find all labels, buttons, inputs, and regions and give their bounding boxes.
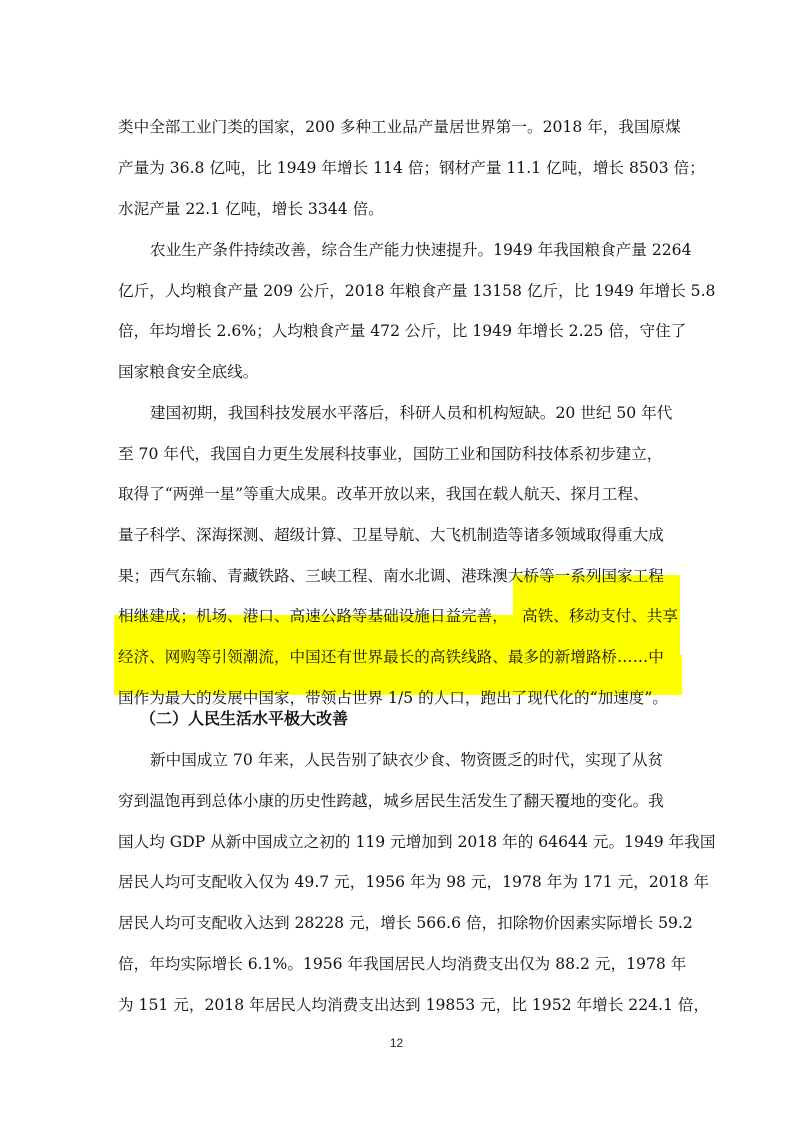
paragraph-start: 农业生产条件持续改善，综合生产能力快速提升。1949 年我国粮食产量 2264 [118,235,678,265]
text-line: 果；西气东输、青藏铁路、三峡工程、南水北调、港珠澳大桥等一系列国家工程 [118,561,678,591]
text-line: 亿斤，人均粮食产量 209 公斤，2018 年粮食产量 13158 亿斤，比 1… [118,276,678,306]
text-line: 国人均 GDP 从新中国成立之初的 119 元增加到 2018 年的 64644… [118,827,678,857]
text-line: 居民人均可支配收入达到 28228 元，增长 566.6 倍，扣除物价因素实际增… [118,908,678,938]
text-line: 产量为 36.8 亿吨，比 1949 年增长 114 倍；钢材产量 11.1 亿… [118,153,678,183]
text-line: 穷到温饱再到总体小康的历史性跨越，城乡居民生活发生了翻天覆地的变化。我 [118,786,678,816]
text-line: 国家粮食安全底线。 [118,357,678,387]
highlighted-text: 高铁、移动支付、共享 [522,601,678,631]
page-number: 12 [0,1036,793,1050]
text-line: 倍，年均增长 2.6%；人均粮食产量 472 公斤，比 1949 年增长 2.2… [118,316,678,346]
text-line: 类中全部工业门类的国家，200 多种工业品产量居世界第一。2018 年，我国原煤 [118,112,678,142]
highlighted-line: 经济、网购等引领潮流，中国还有世界最长的高铁线路、最多的新增路桥……中 [118,642,678,672]
text-line: 量子科学、深海探测、超级计算、卫星导航、大飞机制造等诸多领域取得重大成 [118,520,678,550]
text-line: 为 151 元，2018 年居民人均消费支出达到 19853 元，比 1952 … [118,990,678,1020]
paragraph-start: 建国初期，我国科技发展水平落后，科研人员和机构短缺。20 世纪 50 年代 [118,398,678,428]
text-line: 水泥产量 22.1 亿吨，增长 3344 倍。 [118,194,678,224]
paragraph-start: 新中国成立 70 年来，人民告别了缺衣少食、物资匮乏的时代，实现了从贫 [118,745,678,775]
text-line: 至 70 年代，我国自力更生发展科技事业，国防工业和国防科技体系初步建立， [118,439,678,469]
text-line: 倍，年均实际增长 6.1%。1956 年我国居民人均消费支出仅为 88.2 元，… [118,949,678,979]
text-line: 居民人均可支配收入仅为 49.7 元，1956 年为 98 元，1978 年为 … [118,867,678,897]
text-line: 取得了“两弹一星”等重大成果。改革开放以来，我国在载人航天、探月工程、 [118,479,678,509]
highlighted-line: 国作为最大的发展中国家，带领占世界 1/5 的人口，跑出了现代化的“加速度”。 [118,683,678,713]
text-line: 相继建成；机场、港口、高速公路等基础设施日益完善，高铁、移动支付、共享 [118,601,678,631]
